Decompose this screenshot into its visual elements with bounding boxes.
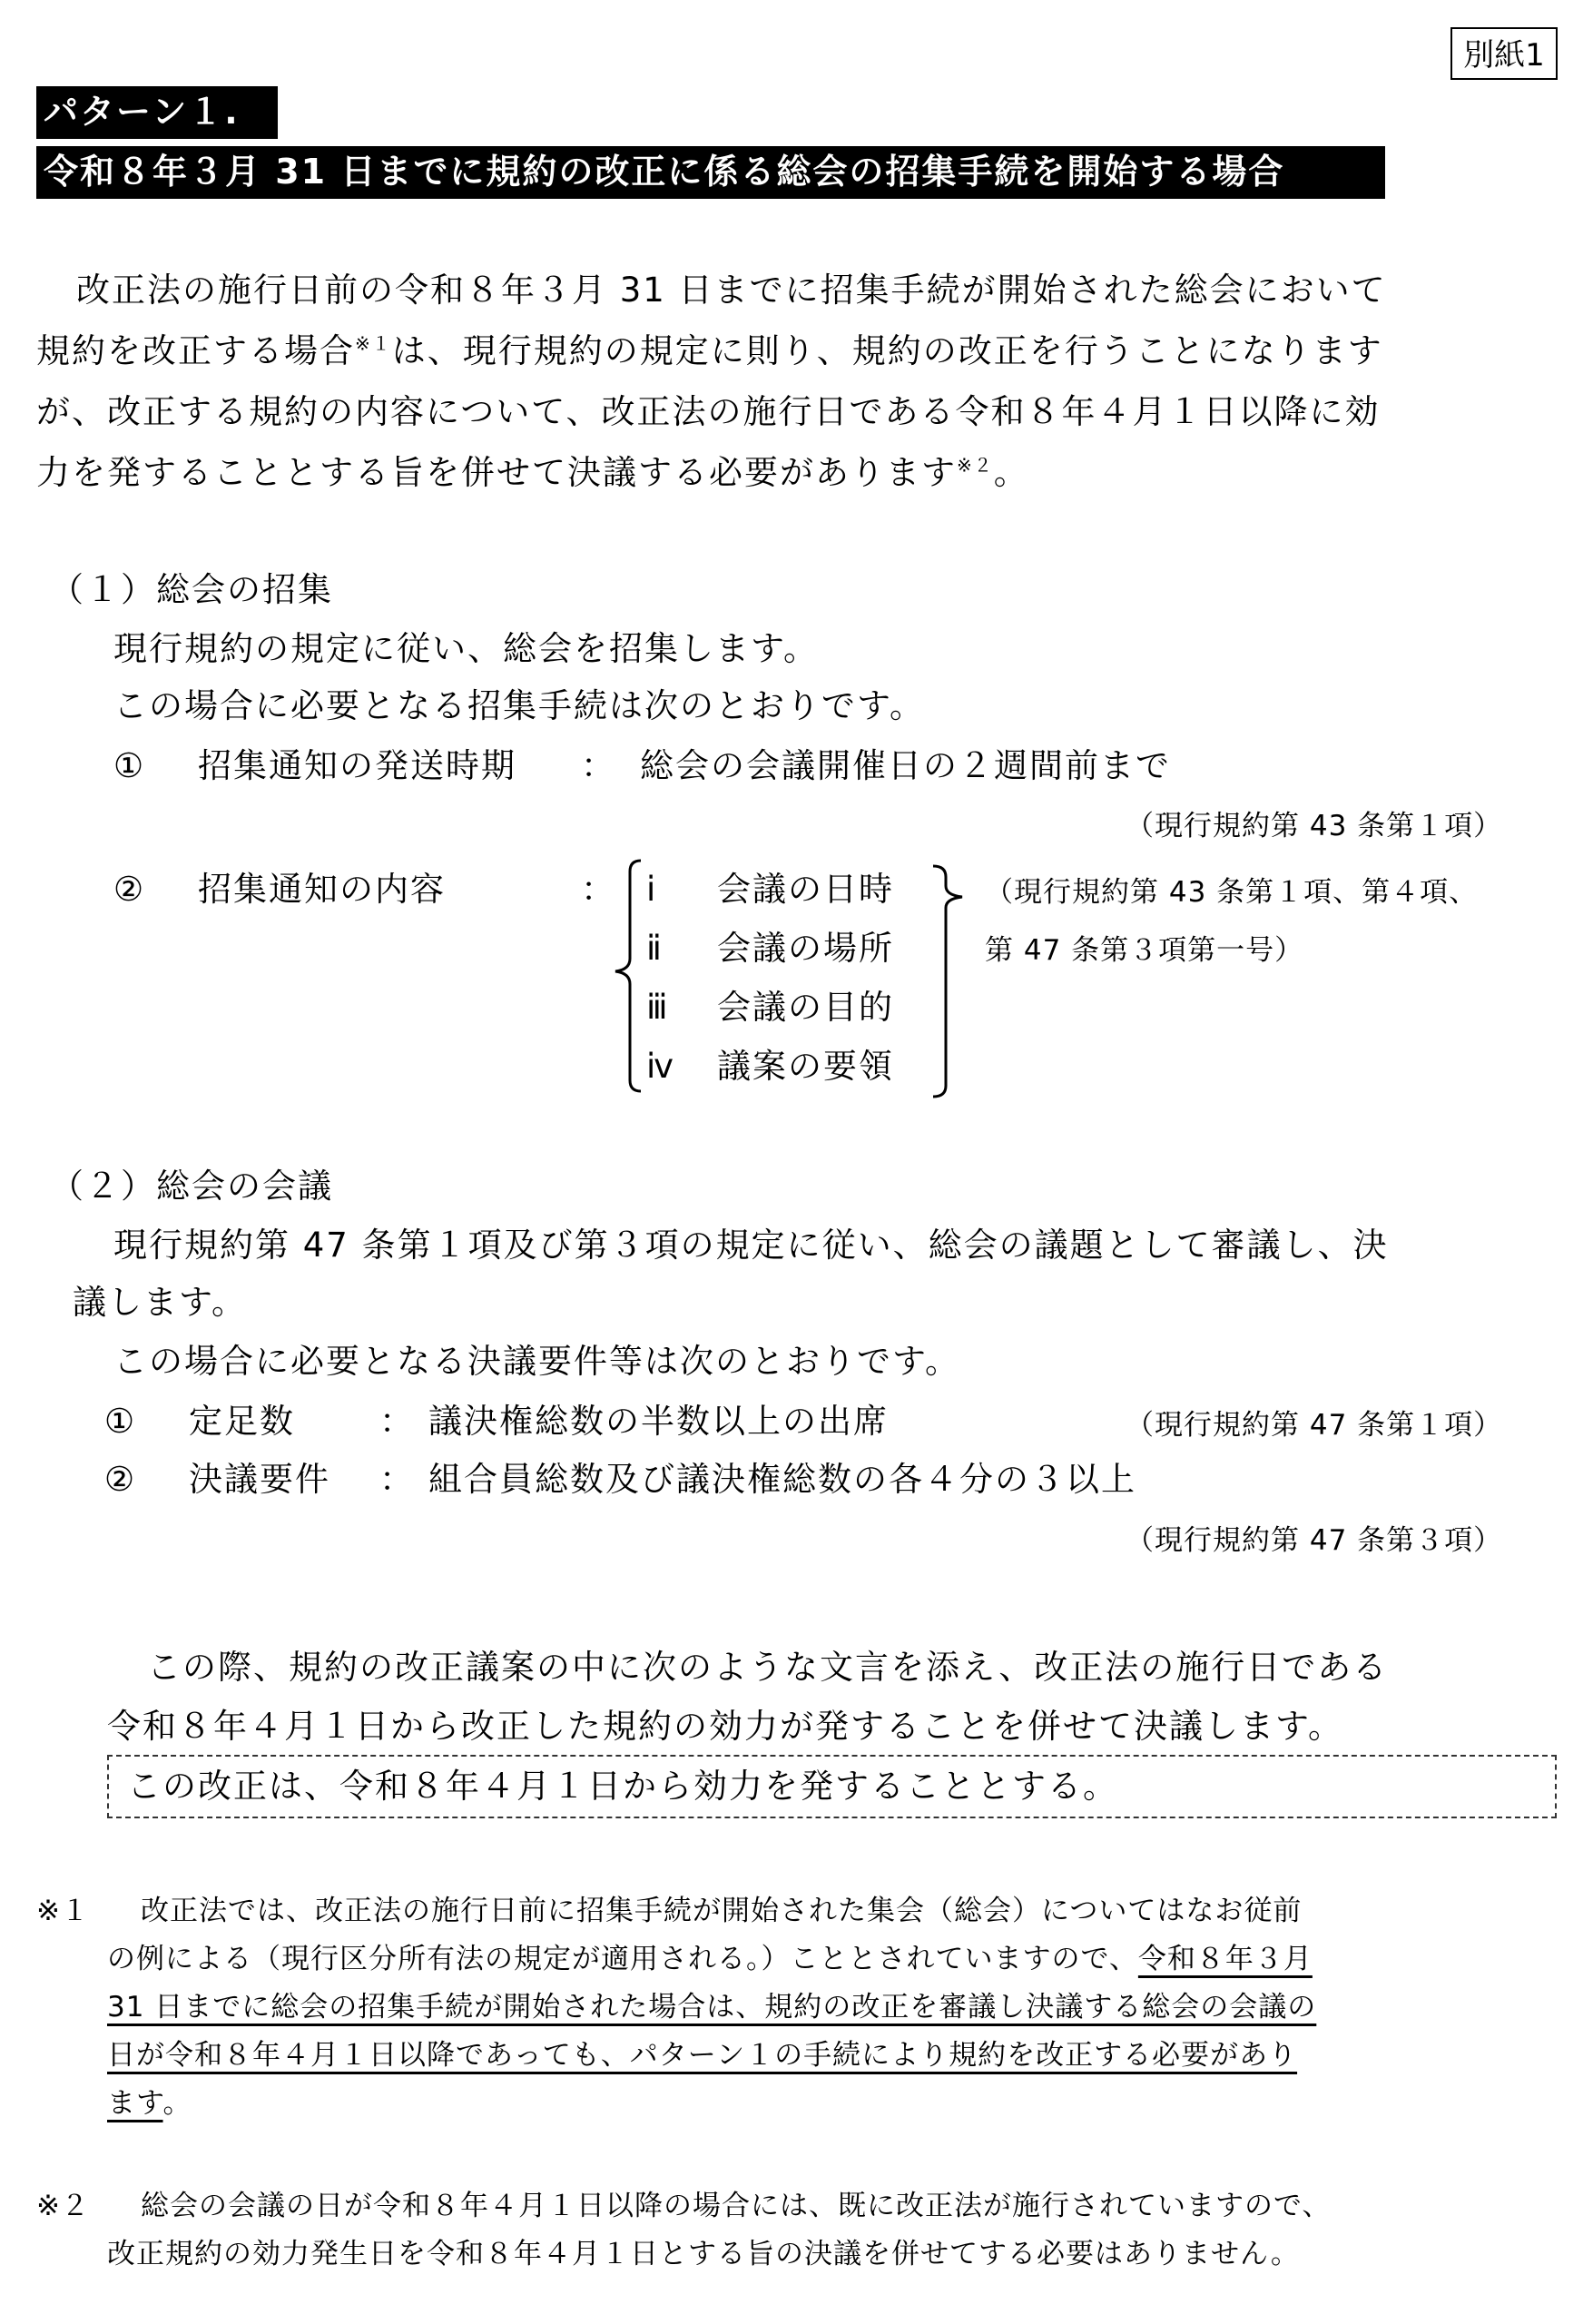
intro-line: 規約を改正する場合 [36,331,355,370]
subitem-text: 会議の日時 [717,862,894,917]
subitem-number: ⅱ [646,921,664,976]
item-label: 定足数 [189,1394,295,1449]
section-line: 現行規約の規定に従い、総会を招集します。 [113,622,819,676]
footnote-emphasis: 日が令和８年４月１日以降であっても、パターン１の手続により規約を改正する必要があ… [107,2033,1297,2078]
subitem-text: 会議の目的 [717,980,894,1035]
section-heading: （２）総会の会議 [50,1159,333,1214]
section-line: この場合に必要となる招集手続は次のとおりです。 [113,679,925,734]
footnote-line: の例による（現行区分所有法の規定が適用される。）こととされていますので、 [107,1943,1138,1975]
footnote-emphasis: ます [107,2087,163,2120]
footnote-mark: ※１ [36,1888,90,1934]
item-label: 決議要件 [189,1452,330,1507]
subitem-text: 会議の場所 [717,921,894,976]
item-value: 組合員総数及び議決権総数の各４分の３以上 [428,1452,1136,1507]
intro-line: が、改正する規約の内容について、改正法の施行日である令和８年４月１日以降に効 [36,392,1381,431]
item-separator: ： [379,1452,415,1507]
intro-line: 。 [994,453,1029,492]
note-ref-1: ※１ [355,333,392,355]
intro-line: は、現行規約の規定に則り、規約の改正を行うことになります [392,331,1383,370]
footnote-line: 改正規約の効力発生日を令和８年４月１日とする旨の決議を併せてする必要はありません… [107,2231,1300,2277]
section-line: 現行規約第 47 条第１項及び第３項の規定に従い、総会の議題として審議し、決 [113,1218,1389,1273]
item-separator: ： [581,739,616,793]
note-ref-2: ※２ [957,455,994,477]
section-heading: （１）総会の招集 [50,563,333,617]
item-value: 議決権総数の半数以上の出席 [428,1394,889,1449]
section-line: 議します。 [73,1275,247,1330]
section-line: この場合に必要となる決議要件等は次のとおりです。 [113,1334,960,1389]
left-brace-icon [610,857,643,1095]
subitem-number: ⅲ [646,980,670,1035]
item-number: ② [104,1452,136,1507]
item-reference: （現行規約第 47 条第１項） [1126,1403,1502,1448]
footnote-line: 総会の会議の日が令和８年４月１日以降の場合には、既に改正法が施行されていますので… [141,2183,1331,2229]
subitem-number: ⅰ [646,862,657,917]
item-reference: （現行規約第 43 条第１項） [1126,803,1502,849]
subitem-text: 議案の要領 [717,1039,894,1094]
footnote-line: 改正法では、改正法の施行日前に招集手続が開始された集会（総会）についてはなお従前 [141,1888,1302,1934]
item-label: 招集通知の内容 [198,862,446,917]
item-separator: ： [379,1394,415,1449]
closing-line: 令和８年４月１日から改正した規約の効力が発することを併せて決議します。 [107,1699,1343,1754]
intro-line: 改正法の施行日前の令和８年３月 31 日までに招集手続が開始された総会において [76,271,1387,310]
footnote-emphasis: 令和８年３月 [1138,1943,1313,1975]
intro-line: 力を発することとする旨を併せて決議する必要があります [36,453,957,492]
footnote-line: 。 [163,2087,192,2120]
resolution-text: この改正は、令和８年４月１日から効力を発することとする。 [127,1759,1118,1814]
footnote-mark: ※２ [36,2183,90,2229]
item-reference: （現行規約第 47 条第３項） [1126,1518,1502,1563]
pattern-label: パターン１. [36,86,278,139]
item-label: 招集通知の発送時期 [198,739,516,793]
item-number: ① [104,1394,136,1449]
item-reference: 第 47 条第３項第一号） [985,928,1303,973]
item-number: ② [113,862,145,917]
right-brace-icon [929,862,966,1100]
subitem-number: ⅳ [646,1039,675,1094]
attachment-label: 別紙1 [1450,27,1558,80]
item-value: 総会の会議開催日の２週間前まで [640,739,1171,793]
pattern-title: 令和８年３月 31 日までに規約の改正に係る総会の招集手続を開始する場合 [36,146,1385,199]
item-number: ① [113,739,145,793]
footnote-emphasis: 31 日までに総会の招集手続が開始された場合は、規約の改正を審議し決議する総会の… [107,1984,1316,2030]
closing-line: この際、規約の改正議案の中に次のような文言を添え、改正法の施行日である [147,1648,1388,1687]
item-reference: （現行規約第 43 条第１項、第４項、 [985,870,1478,915]
